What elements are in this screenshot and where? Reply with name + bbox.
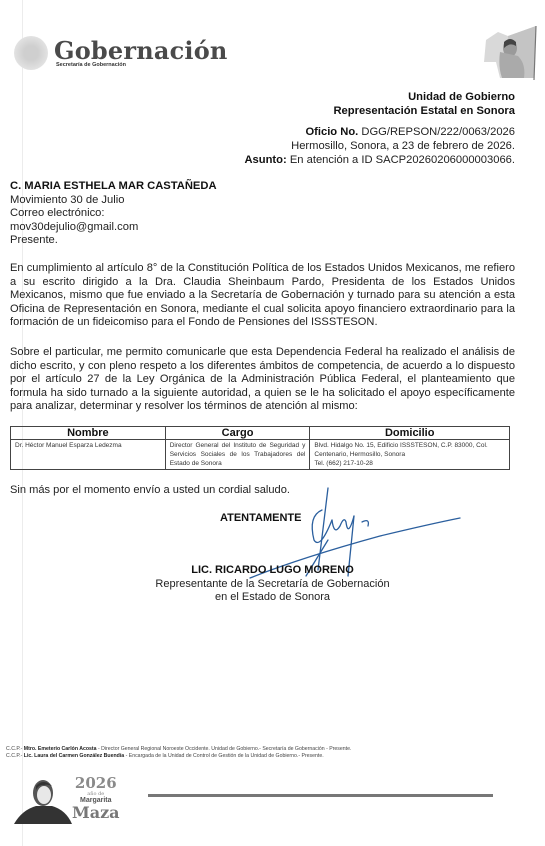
ccp-block: C.C.P.- Mtro. Emeterio Carlón Acosta - D…: [6, 746, 351, 760]
year-dedication: 2026 año de Margarita Maza: [72, 776, 120, 820]
recipient-presente: Presente.: [10, 234, 217, 248]
cell-domicilio: Blvd. Hidalgo No. 15, Edificio ISSSTESON…: [310, 440, 510, 470]
domicilio-phone: Tel. (662) 217-10-28: [314, 459, 505, 468]
ccp-line: C.C.P.- Mtro. Emeterio Carlón Acosta - D…: [6, 746, 351, 753]
footer-divider: [148, 794, 493, 797]
page-margin-line: [22, 0, 23, 846]
signer-name: LIC. RICARDO LUGO MORENO: [0, 564, 545, 578]
signer-block: LIC. RICARDO LUGO MORENO Representante d…: [0, 564, 545, 605]
national-seal-icon: [14, 36, 48, 70]
signer-title-2: en el Estado de Sonora: [0, 591, 545, 605]
footer-maza: Maza: [72, 805, 120, 820]
signer-title-1: Representante de la Secretaría de Gobern…: [0, 578, 545, 592]
logo-title: Gobernación: [54, 38, 228, 64]
oficio-number: Oficio No. DGG/REPSON/222/0063/2026: [244, 125, 515, 139]
gobernacion-logo: Gobernación Secretaría de Gobernación: [14, 36, 228, 70]
unit-name: Unidad de Gobierno: [333, 90, 515, 104]
issuing-unit: Unidad de Gobierno Representación Estata…: [333, 90, 515, 118]
cell-nombre: Dr. Héctor Manuel Esparza Ledezma: [11, 440, 166, 470]
heroine-flag-emblem-icon: [478, 12, 538, 82]
domicilio-address: Blvd. Hidalgo No. 15, Edificio ISSSTESON…: [314, 441, 505, 459]
cell-cargo: Director General del Instituto de Seguri…: [165, 440, 310, 470]
unit-representation: Representación Estatal en Sonora: [333, 104, 515, 118]
recipient-block: C. MARIA ESTHELA MAR CASTAÑEDA Movimient…: [10, 180, 217, 248]
header-nombre: Nombre: [11, 427, 166, 440]
body-paragraph-1: En cumplimiento al artículo 8° de la Con…: [10, 262, 515, 330]
recipient-email: mov30dejulio@gmail.com: [10, 221, 217, 235]
header-cargo: Cargo: [165, 427, 310, 440]
header-domicilio: Domicilio: [310, 427, 510, 440]
table-row: Dr. Héctor Manuel Esparza Ledezma Direct…: [11, 440, 510, 470]
body-paragraph-2: Sobre el particular, me permito comunica…: [10, 346, 515, 414]
referral-table: Nombre Cargo Domicilio Dr. Héctor Manuel…: [10, 426, 510, 470]
ccp-line: C.C.P.- Lic. Laura del Carmen González B…: [6, 753, 351, 760]
asunto: Asunto: En atención a ID SACP20260206000…: [244, 153, 515, 167]
recipient-organization: Movimiento 30 de Julio: [10, 194, 217, 208]
footer-year: 2026: [72, 776, 120, 791]
recipient-email-label: Correo electrónico:: [10, 207, 217, 221]
oficio-block: Oficio No. DGG/REPSON/222/0063/2026 Herm…: [244, 125, 515, 167]
recipient-name: C. MARIA ESTHELA MAR CASTAÑEDA: [10, 180, 217, 194]
table-header-row: Nombre Cargo Domicilio: [11, 427, 510, 440]
place-date: Hermosillo, Sonora, a 23 de febrero de 2…: [244, 139, 515, 153]
